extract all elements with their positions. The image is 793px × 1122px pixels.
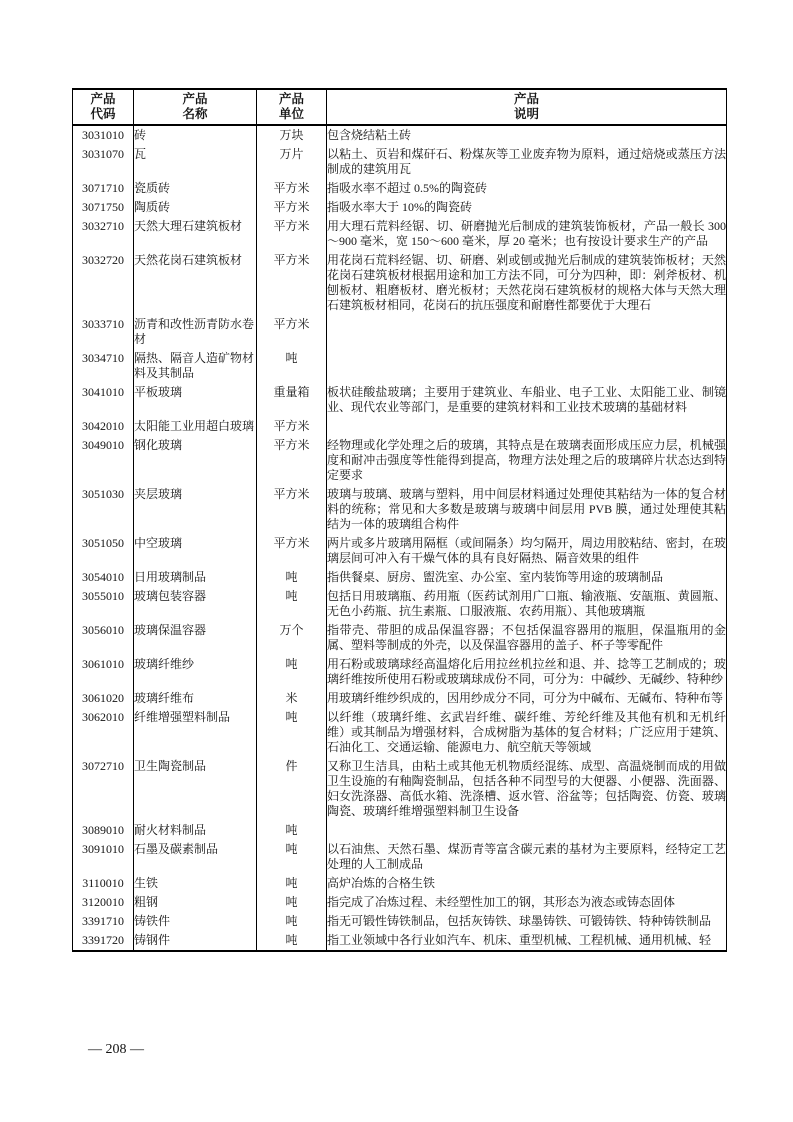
product-unit: 吨 [257,912,327,931]
table-row: 3110010 生铁 吨 高炉冶炼的合格生铁 [73,874,727,893]
table-body: 3031010 砖 万块 包含烧结粘土砖 3031070 瓦 万片 以粘土、页岩… [73,125,727,951]
product-description: 指工业领域中各行业如汽车、机床、重型机械、工程机械、通用机械、轻 [327,931,727,951]
product-name: 夹层玻璃 [134,485,257,534]
product-description [327,349,727,383]
product-name: 卫生陶瓷制品 [134,757,257,821]
product-description: 指吸水率不超过 0.5%的陶瓷砖 [327,179,727,198]
table-row: 3062010 纤维增强塑料制品 吨 以纤维（玻璃纤维、玄武岩纤维、碳纤维、芳纶… [73,708,727,757]
product-table: 产品 代码 产品 名称 产品 单位 产品 说明 3031010 砖 万块 包含烧… [72,88,727,952]
product-unit: 吨 [257,931,327,951]
product-description: 用大理石荒料经锯、切、研磨抛光后制成的建筑装饰板材，产品一般长 300～900 … [327,217,727,251]
product-description: 又称卫生洁具，由粘土或其他无机物质经混练、成型、高温烧制而成的用做卫生设施的有釉… [327,757,727,821]
product-name: 平板玻璃 [134,383,257,417]
product-code: 3061010 [73,655,134,689]
product-code: 3032710 [73,217,134,251]
product-name: 砖 [134,125,257,145]
product-code: 3051050 [73,534,134,568]
product-name: 铸钢件 [134,931,257,951]
product-description: 高炉冶炼的合格生铁 [327,874,727,893]
table-row: 3032720 天然花岗石建筑板材 平方米 用花岗石荒料经锯、切、研磨、剁或刨或… [73,251,727,315]
table-row: 3071710 瓷质砖 平方米 指吸水率不超过 0.5%的陶瓷砖 [73,179,727,198]
table-row: 3091010 石墨及碳素制品 吨 以石油焦、天然石墨、煤沥青等富含碳元素的基材… [73,840,727,874]
product-unit: 万片 [257,145,327,179]
product-unit: 吨 [257,568,327,587]
table-row: 3049010 钢化玻璃 平方米 经物理或化学处理之后的玻璃，其特点是在玻璃表面… [73,436,727,485]
product-name: 天然花岗石建筑板材 [134,251,257,315]
table-row: 3032710 天然大理石建筑板材 平方米 用大理石荒料经锯、切、研磨抛光后制成… [73,217,727,251]
product-name: 天然大理石建筑板材 [134,217,257,251]
product-name: 玻璃纤维纱 [134,655,257,689]
table-row: 3051050 中空玻璃 平方米 两片或多片玻璃用隔框（或间隔条）均匀隔开，周边… [73,534,727,568]
table-header-row: 产品 代码 产品 名称 产品 单位 产品 说明 [73,89,727,125]
product-unit: 吨 [257,587,327,621]
product-unit: 平方米 [257,485,327,534]
table-row: 3391720 铸钢件 吨 指工业领域中各行业如汽车、机床、重型机械、工程机械、… [73,931,727,951]
product-description: 两片或多片玻璃用隔框（或间隔条）均匀隔开，周边用胶粘结、密封，在玻璃层间可冲入有… [327,534,727,568]
product-code: 3089010 [73,821,134,840]
product-unit: 平方米 [257,534,327,568]
product-unit: 吨 [257,840,327,874]
table-row: 3033710 沥青和改性沥青防水卷材 平方米 [73,315,727,349]
product-description: 以石油焦、天然石墨、煤沥青等富含碳元素的基材为主要原料，经特定工艺处理的人工制成… [327,840,727,874]
document-page: 产品 代码 产品 名称 产品 单位 产品 说明 3031010 砖 万块 包含烧… [0,0,793,1122]
table-row: 3089010 耐火材料制品 吨 [73,821,727,840]
product-unit: 平方米 [257,315,327,349]
product-description: 指供餐桌、厨房、盥洗室、办公室、室内装饰等用途的玻璃制品 [327,568,727,587]
product-name: 耐火材料制品 [134,821,257,840]
product-description: 经物理或化学处理之后的玻璃，其特点是在玻璃表面形成压应力层，机械强度和耐冲击强度… [327,436,727,485]
product-code: 3049010 [73,436,134,485]
product-code: 3054010 [73,568,134,587]
product-unit: 吨 [257,655,327,689]
product-unit: 平方米 [257,251,327,315]
table-row: 3391710 铸铁件 吨 指无可锻性铸铁制品，包括灰铸铁、球墨铸铁、可锻铸铁、… [73,912,727,931]
product-description: 用花岗石荒料经锯、切、研磨、剁或刨或抛光后制成的建筑装饰板材；天然花岗石建筑板材… [327,251,727,315]
product-description [327,821,727,840]
product-name: 瓦 [134,145,257,179]
table-row: 3034710 隔热、隔音人造矿物材料及其制品 吨 [73,349,727,383]
table-row: 3055010 玻璃包装容器 吨 包括日用玻璃瓶、药用瓶（医药试剂用广口瓶、输液… [73,587,727,621]
product-description [327,315,727,349]
product-unit: 平方米 [257,217,327,251]
product-name: 日用玻璃制品 [134,568,257,587]
product-name: 陶质砖 [134,198,257,217]
product-unit: 吨 [257,893,327,912]
product-description: 用玻璃纤维纱织成的，因用纱成分不同，可分为中碱布、无碱布、特种布等 [327,689,727,708]
product-unit: 吨 [257,708,327,757]
product-code: 3391720 [73,931,134,951]
product-name: 玻璃纤维布 [134,689,257,708]
product-code: 3041010 [73,383,134,417]
table-row: 3041010 平板玻璃 重量箱 板状硅酸盐玻璃；主要用于建筑业、车船业、电子工… [73,383,727,417]
product-name: 瓷质砖 [134,179,257,198]
product-description: 指完成了冶炼过程、未经塑性加工的钢，其形态为液态或铸态固体 [327,893,727,912]
product-description: 指带壳、带胆的成品保温容器；不包括保温容器用的瓶胆，保温瓶用的金属、塑料等制成的… [327,621,727,655]
product-code: 3032720 [73,251,134,315]
product-code: 3031070 [73,145,134,179]
product-unit: 吨 [257,821,327,840]
product-unit: 平方米 [257,436,327,485]
product-description: 用石粉或玻璃球经高温熔化后用拉丝机拉丝和退、并、捻等工艺制成的；玻璃纤维按所使用… [327,655,727,689]
product-unit: 平方米 [257,198,327,217]
table-row: 3072710 卫生陶瓷制品 件 又称卫生洁具，由粘土或其他无机物质经混练、成型… [73,757,727,821]
table-row: 3031010 砖 万块 包含烧结粘土砖 [73,125,727,145]
product-code: 3091010 [73,840,134,874]
product-description: 包括日用玻璃瓶、药用瓶（医药试剂用广口瓶、输液瓶、安瓿瓶、黄圆瓶、无色小药瓶、抗… [327,587,727,621]
table-row: 3061010 玻璃纤维纱 吨 用石粉或玻璃球经高温熔化后用拉丝机拉丝和退、并、… [73,655,727,689]
product-description: 包含烧结粘土砖 [327,125,727,145]
product-unit: 吨 [257,349,327,383]
product-name: 石墨及碳素制品 [134,840,257,874]
column-header-unit: 产品 单位 [257,89,327,125]
table-row: 3071750 陶质砖 平方米 指吸水率大于 10%的陶瓷砖 [73,198,727,217]
product-unit: 件 [257,757,327,821]
product-code: 3071710 [73,179,134,198]
product-name: 太阳能工业用超白玻璃 [134,417,257,436]
product-unit: 重量箱 [257,383,327,417]
product-code: 3042010 [73,417,134,436]
product-name: 纤维增强塑料制品 [134,708,257,757]
product-code: 3056010 [73,621,134,655]
table-row: 3042010 太阳能工业用超白玻璃 平方米 [73,417,727,436]
product-code: 3033710 [73,315,134,349]
product-unit: 万块 [257,125,327,145]
product-unit: 万个 [257,621,327,655]
table-row: 3051030 夹层玻璃 平方米 玻璃与玻璃、玻璃与塑料，用中间层材料通过处理使… [73,485,727,534]
product-code: 3031010 [73,125,134,145]
product-description: 板状硅酸盐玻璃；主要用于建筑业、车船业、电子工业、太阳能工业、制镜业、现代农业等… [327,383,727,417]
product-name: 中空玻璃 [134,534,257,568]
table-row: 3061020 玻璃纤维布 米 用玻璃纤维纱织成的，因用纱成分不同，可分为中碱布… [73,689,727,708]
product-name: 粗钢 [134,893,257,912]
table-row: 3056010 玻璃保温容器 万个 指带壳、带胆的成品保温容器；不包括保温容器用… [73,621,727,655]
product-name: 玻璃保温容器 [134,621,257,655]
product-description [327,417,727,436]
product-unit: 米 [257,689,327,708]
product-unit: 吨 [257,874,327,893]
product-description: 玻璃与玻璃、玻璃与塑料，用中间层材料通过处理使其粘结为一体的复合材料的统称；常见… [327,485,727,534]
column-header-code: 产品 代码 [73,89,134,125]
product-description: 指吸水率大于 10%的陶瓷砖 [327,198,727,217]
product-code: 3072710 [73,757,134,821]
product-name: 隔热、隔音人造矿物材料及其制品 [134,349,257,383]
column-header-desc: 产品 说明 [327,89,727,125]
page-number: — 208 — [88,1041,144,1059]
table-row: 3031070 瓦 万片 以粘土、页岩和煤矸石、粉煤灰等工业废弃物为原料，通过焙… [73,145,727,179]
product-code: 3051030 [73,485,134,534]
product-code: 3062010 [73,708,134,757]
product-code: 3034710 [73,349,134,383]
product-description: 以粘土、页岩和煤矸石、粉煤灰等工业废弃物为原料，通过焙烧或蒸压方法制成的建筑用瓦 [327,145,727,179]
product-unit: 平方米 [257,179,327,198]
product-name: 玻璃包装容器 [134,587,257,621]
product-description: 指无可锻性铸铁制品，包括灰铸铁、球墨铸铁、可锻铸铁、特种铸铁制品 [327,912,727,931]
product-code: 3071750 [73,198,134,217]
table-row: 3120010 粗钢 吨 指完成了冶炼过程、未经塑性加工的钢，其形态为液态或铸态… [73,893,727,912]
column-header-name: 产品 名称 [134,89,257,125]
product-unit: 平方米 [257,417,327,436]
product-name: 生铁 [134,874,257,893]
table-row: 3054010 日用玻璃制品 吨 指供餐桌、厨房、盥洗室、办公室、室内装饰等用途… [73,568,727,587]
product-code: 3061020 [73,689,134,708]
product-code: 3120010 [73,893,134,912]
product-code: 3110010 [73,874,134,893]
product-name: 铸铁件 [134,912,257,931]
product-code: 3391710 [73,912,134,931]
product-name: 钢化玻璃 [134,436,257,485]
product-name: 沥青和改性沥青防水卷材 [134,315,257,349]
product-code: 3055010 [73,587,134,621]
product-description: 以纤维（玻璃纤维、玄武岩纤维、碳纤维、芳纶纤维及其他有机和无机纤维）或其制品为增… [327,708,727,757]
